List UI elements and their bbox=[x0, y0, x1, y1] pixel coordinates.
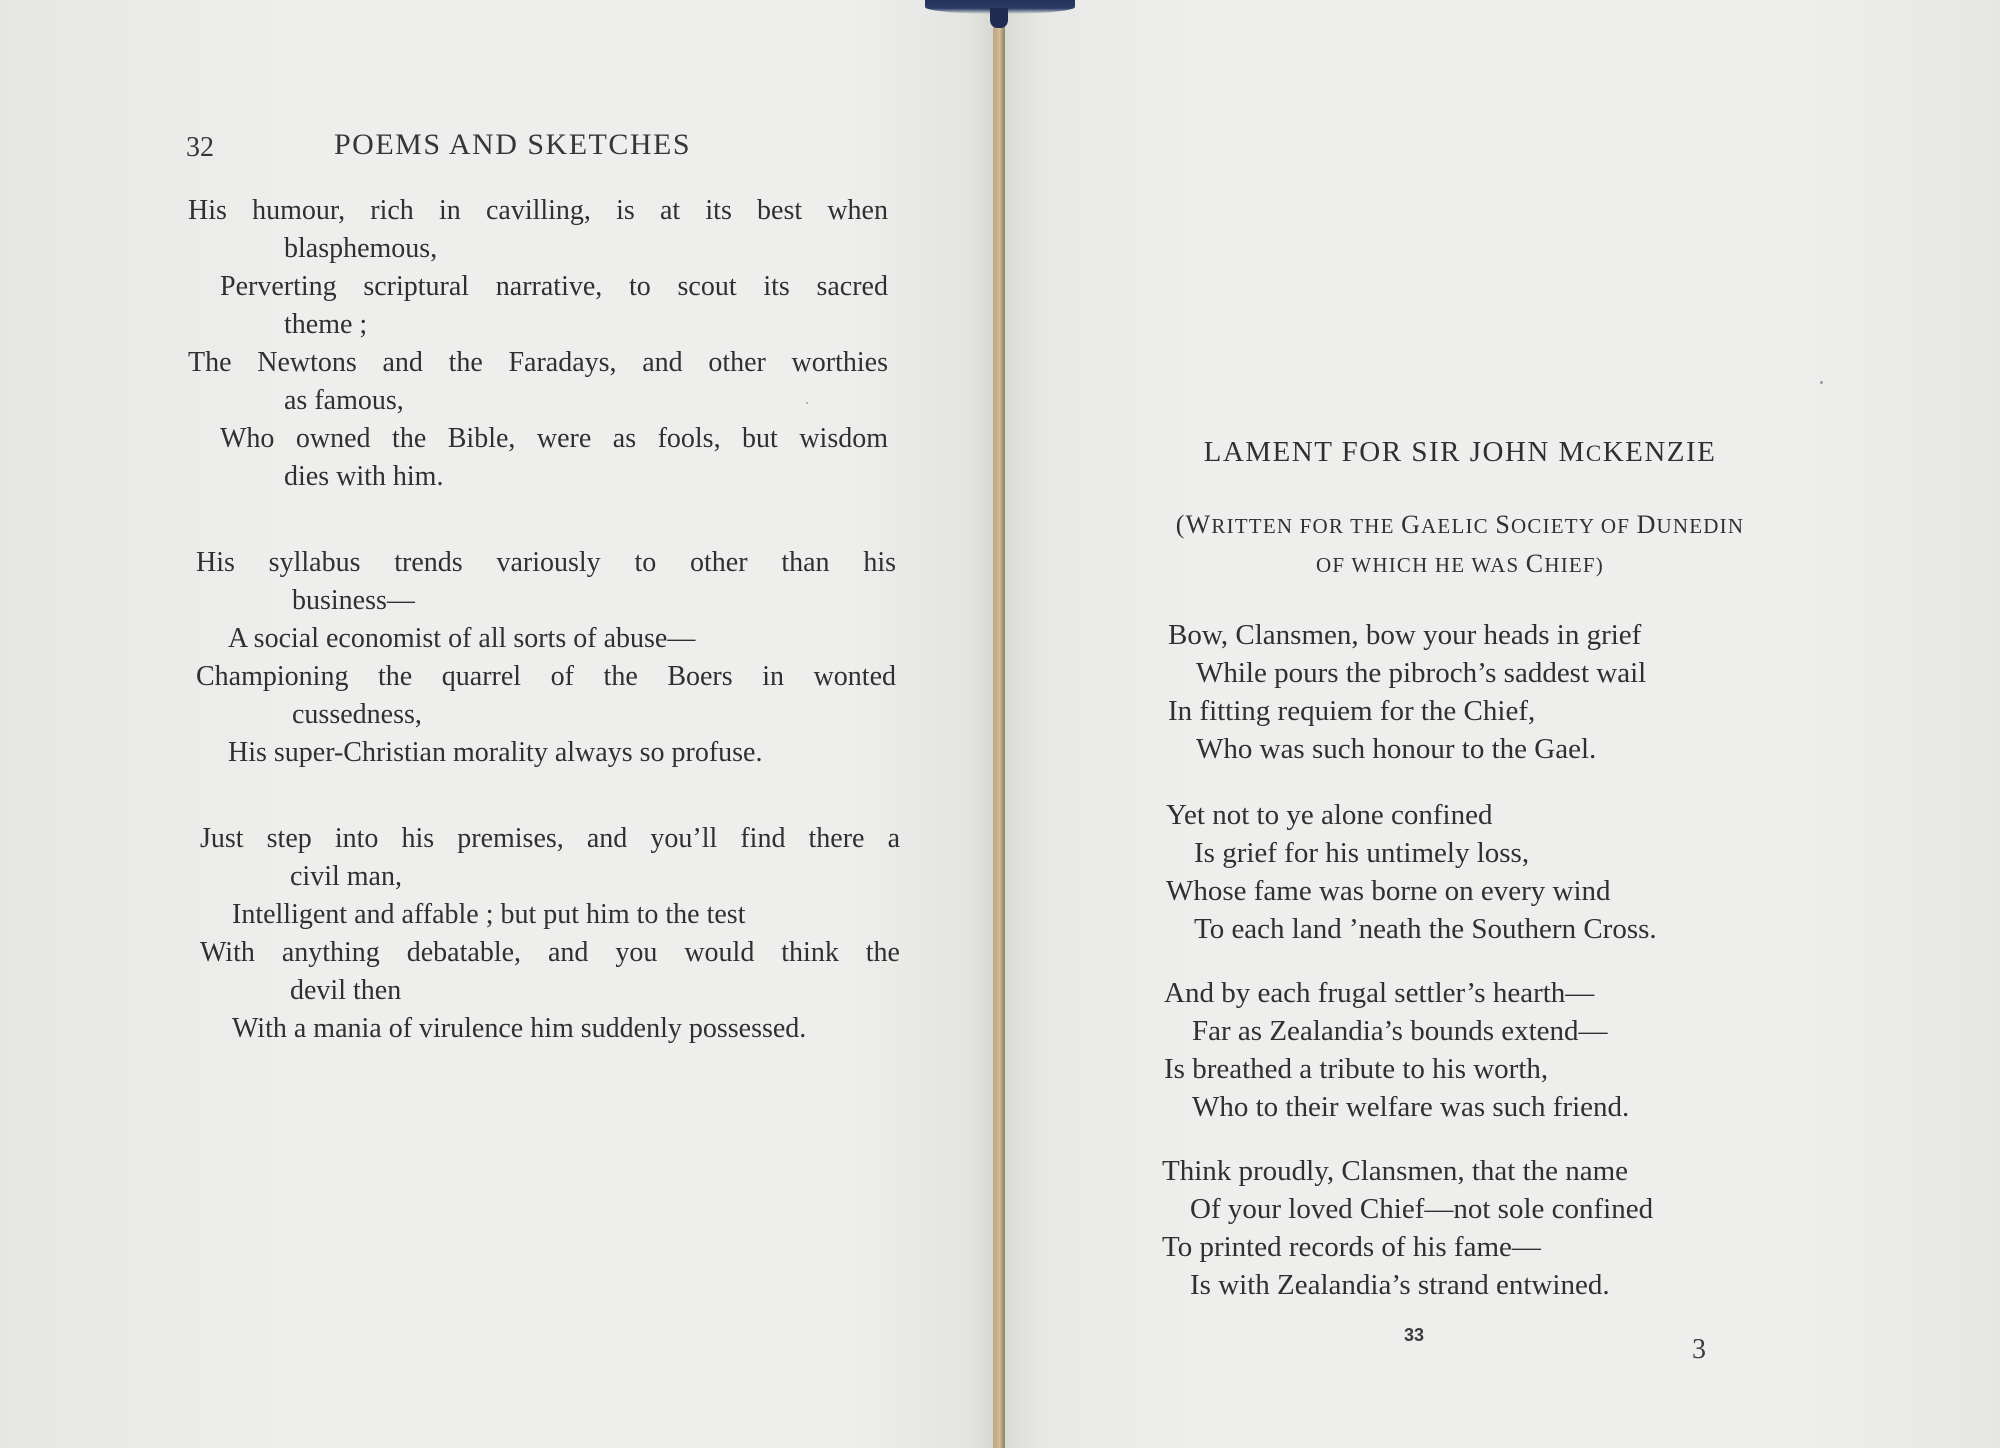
subtitle-text: AELIC bbox=[1421, 514, 1495, 538]
verse-line: Yet not to ye alone confined bbox=[1166, 796, 1657, 834]
subtitle-text: D bbox=[1637, 510, 1657, 539]
left-stanza-2: His syllabus trends variously to other t… bbox=[196, 544, 896, 772]
verse-line: Bow, Clansmen, bow your heads in grief bbox=[1168, 616, 1646, 654]
paper-speck bbox=[806, 402, 808, 404]
subtitle-text: UNEDIN bbox=[1657, 514, 1745, 538]
page-number-left: 32 bbox=[186, 132, 214, 164]
verse-line: The Newtons and the Faradays, and other … bbox=[188, 344, 888, 382]
left-stanza-3: Just step into his premises, and you’ll … bbox=[200, 820, 900, 1048]
running-head-title: POEMS AND SKETCHES bbox=[334, 128, 691, 162]
poem-title: LAMENT FOR SIR JOHN MCKENZIE bbox=[1100, 436, 1820, 469]
verse-line: Intelligent and affable ; but put him to… bbox=[200, 896, 900, 934]
verse-line: business— bbox=[196, 582, 896, 620]
verse-line: Far as Zealandia’s bounds extend— bbox=[1164, 1012, 1629, 1050]
verse-line: His super-Christian morality always so p… bbox=[196, 734, 896, 772]
verse-line: theme ; bbox=[188, 306, 888, 344]
poem-stanza-1: Bow, Clansmen, bow your heads in grief W… bbox=[1168, 616, 1646, 768]
verse-line: Championing the quarrel of the Boers in … bbox=[196, 658, 896, 696]
verse-line: Whose fame was borne on every wind bbox=[1166, 872, 1657, 910]
verse-line: Think proudly, Clansmen, that the name bbox=[1162, 1152, 1653, 1190]
verse-line: Is with Zealandia’s strand entwined. bbox=[1162, 1266, 1653, 1304]
subtitle-line-1: (WRITTEN FOR THE GAELIC SOCIETY OF DUNED… bbox=[1100, 506, 1820, 545]
page-number-right: 33 bbox=[1404, 1325, 1424, 1346]
poem-title-text: C bbox=[1586, 441, 1603, 466]
paper-speck bbox=[1820, 381, 1823, 384]
verse-line: civil man, bbox=[200, 858, 900, 896]
verse-line: Who to their welfare was such friend. bbox=[1164, 1088, 1629, 1126]
book-gutter bbox=[993, 10, 1005, 1448]
subtitle-text: OCIETY OF bbox=[1511, 514, 1637, 538]
verse-line: cussedness, bbox=[196, 696, 896, 734]
poem-stanza-4: Think proudly, Clansmen, that the name O… bbox=[1162, 1152, 1653, 1304]
subtitle-text: (W bbox=[1176, 510, 1212, 539]
verse-line: Who was such honour to the Gael. bbox=[1168, 730, 1646, 768]
subtitle-text: HIEF) bbox=[1544, 553, 1604, 577]
verse-line: as famous, bbox=[188, 382, 888, 420]
verse-line: With a mania of virulence him suddenly p… bbox=[200, 1010, 900, 1048]
verse-line: To each land ’neath the Southern Cross. bbox=[1166, 910, 1657, 948]
verse-line: Is breathed a tribute to his worth, bbox=[1164, 1050, 1629, 1088]
verse-line: With anything debatable, and you would t… bbox=[200, 934, 900, 972]
poem-title-text: KENZIE bbox=[1603, 436, 1717, 468]
verse-line: To printed records of his fame— bbox=[1162, 1228, 1653, 1266]
poem-subtitle: (WRITTEN FOR THE GAELIC SOCIETY OF DUNED… bbox=[1100, 506, 1820, 584]
verse-line: devil then bbox=[200, 972, 900, 1010]
poem-stanza-2: Yet not to ye alone confined Is grief fo… bbox=[1166, 796, 1657, 948]
spine-headband bbox=[990, 8, 1008, 28]
subtitle-text: OF WHICH HE WAS bbox=[1316, 553, 1526, 577]
verse-line: And by each frugal settler’s hearth— bbox=[1164, 974, 1629, 1012]
signature-mark: 3 bbox=[1692, 1334, 1706, 1366]
verse-line: Is grief for his untimely loss, bbox=[1166, 834, 1657, 872]
verse-line: Just step into his premises, and you’ll … bbox=[200, 820, 900, 858]
verse-line: While pours the pibroch’s saddest wail bbox=[1168, 654, 1646, 692]
verse-line: A social economist of all sorts of abuse… bbox=[196, 620, 896, 658]
subtitle-text: C bbox=[1526, 549, 1545, 578]
open-book: 32 POEMS AND SKETCHES His humour, rich i… bbox=[0, 0, 2000, 1448]
subtitle-line-2: OF WHICH HE WAS CHIEF) bbox=[1100, 545, 1820, 584]
poem-stanza-3: And by each frugal settler’s hearth— Far… bbox=[1164, 974, 1629, 1126]
subtitle-text: G bbox=[1401, 510, 1421, 539]
subtitle-text: RITTEN FOR THE bbox=[1211, 514, 1401, 538]
verse-line: His syllabus trends variously to other t… bbox=[196, 544, 896, 582]
verse-line: blasphemous, bbox=[188, 230, 888, 268]
poem-title-text: LAMENT FOR SIR JOHN M bbox=[1204, 436, 1586, 468]
subtitle-text: S bbox=[1495, 510, 1511, 539]
verse-line: Of your loved Chief—not sole confined bbox=[1162, 1190, 1653, 1228]
left-stanza-1: His humour, rich in cavilling, is at its… bbox=[188, 192, 888, 496]
verse-line: dies with him. bbox=[188, 458, 888, 496]
verse-line: Who owned the Bible, were as fools, but … bbox=[188, 420, 888, 458]
verse-line: Perverting scriptural narrative, to scou… bbox=[188, 268, 888, 306]
verse-line: In fitting requiem for the Chief, bbox=[1168, 692, 1646, 730]
verse-line: His humour, rich in cavilling, is at its… bbox=[188, 192, 888, 230]
